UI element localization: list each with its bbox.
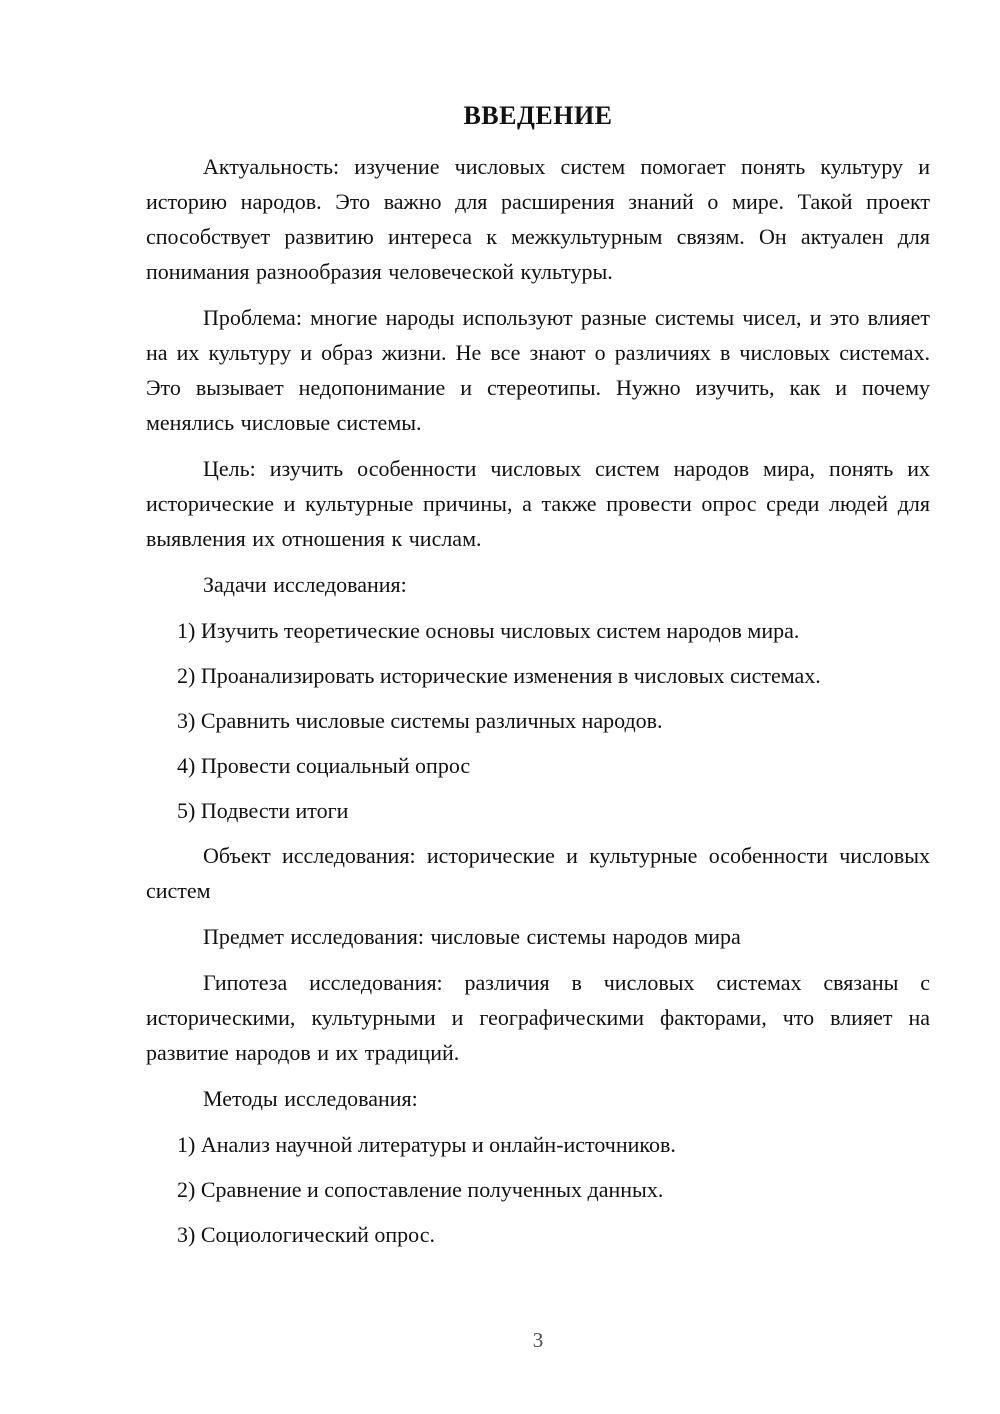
document-page: ВВЕДЕНИЕ Актуальность: изучение числовых… [0, 0, 1000, 1414]
task-item-5: 5) Подвести итоги [146, 793, 930, 828]
task-item-2: 2) Проанализировать исторические изменен… [146, 658, 930, 693]
task-item-3: 3) Сравнить числовые системы различных н… [146, 703, 930, 738]
paragraph-zadachi-label: Задачи исследования: [146, 567, 930, 602]
paragraph-tsel: Цель: изучить особенности числовых систе… [146, 451, 930, 556]
paragraph-problema: Проблема: многие народы используют разны… [146, 300, 930, 440]
paragraph-metody-label: Методы исследования: [146, 1081, 930, 1116]
method-item-2: 2) Сравнение и сопоставление полученных … [146, 1172, 930, 1207]
page-title: ВВЕДЕНИЕ [146, 98, 930, 133]
paragraph-predmet: Предмет исследования: числовые системы н… [146, 919, 930, 954]
paragraph-gipoteza: Гипотеза исследования: различия в числов… [146, 965, 930, 1070]
task-item-1: 1) Изучить теоретические основы числовых… [146, 613, 930, 648]
method-item-3: 3) Социологический опрос. [146, 1217, 930, 1252]
page-number: 3 [146, 1328, 930, 1353]
document-content: ВВЕДЕНИЕ Актуальность: изучение числовых… [0, 0, 1000, 1252]
paragraph-obekt: Объект исследования: исторические и куль… [146, 838, 930, 908]
paragraph-aktualnost: Актуальность: изучение числовых систем п… [146, 149, 930, 289]
tasks-list: 1) Изучить теоретические основы числовых… [146, 613, 930, 828]
methods-list: 1) Анализ научной литературы и онлайн-ис… [146, 1127, 930, 1252]
method-item-1: 1) Анализ научной литературы и онлайн-ис… [146, 1127, 930, 1162]
task-item-4: 4) Провести социальный опрос [146, 748, 930, 783]
